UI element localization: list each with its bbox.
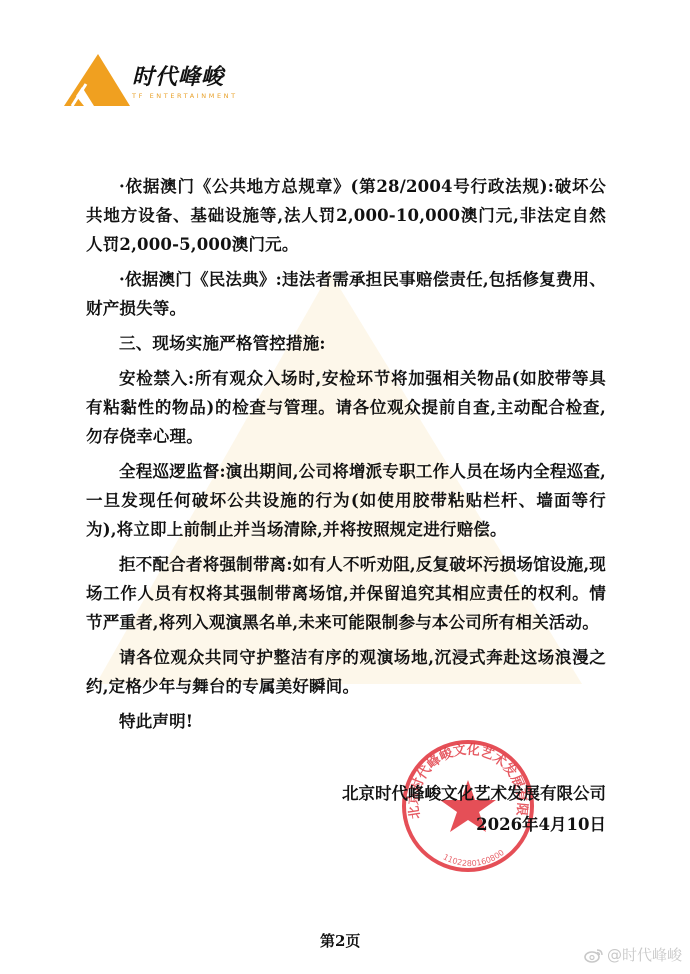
paragraph-patrol-supervision: 全程巡逻监督:演出期间,公司将增派专职工作人员在场内全程巡查,一旦发现任何破坏公…: [86, 457, 606, 544]
logo-name-en: TF ENTERTAINMENT: [132, 92, 238, 100]
weibo-icon: [584, 947, 604, 963]
logo-triangle-icon: [64, 54, 130, 106]
page-number: 第2页: [320, 930, 360, 951]
paragraph-security-check: 安检禁入:所有观众入场时,安检环节将加强相关物品(如胶带等具有粘黏性的物品)的检…: [86, 364, 606, 451]
section-heading-onsite-measures: 三、现场实施严格管控措施:: [86, 329, 606, 358]
paragraph-forced-removal: 拒不配合者将强制带离:如有人不听劝阻,反复破坏污损场馆设施,现场工作人员有权将其…: [86, 550, 606, 637]
signature-company: 北京时代峰峻文化艺术发展有限公司: [342, 778, 606, 809]
company-logo: 时代峰峻 TF ENTERTAINMENT: [64, 54, 244, 106]
signature-date: 2026年4月10日: [342, 809, 606, 840]
signature-block: 北京时代峰峻文化艺术发展有限公司 2026年4月10日: [342, 778, 606, 840]
paragraph-macau-civil-code: ·依据澳门《民法典》:违法者需承担民事赔偿责任,包括修复费用、财产损失等。: [86, 265, 606, 323]
weibo-handle: @时代峰峻: [607, 944, 682, 965]
logo-name-cn: 时代峰峻: [132, 60, 224, 91]
weibo-watermark: @时代峰峻: [584, 944, 682, 965]
paragraph-appeal: 请各位观众共同守护整洁有序的观演场地,沉浸式奔赴这场浪漫之约,定格少年与舞台的专…: [86, 643, 606, 701]
document-body: ·依据澳门《公共地方总规章》(第28/2004号行政法规):破坏公共地方设备、基…: [86, 172, 606, 742]
paragraph-macau-public-regulation: ·依据澳门《公共地方总规章》(第28/2004号行政法规):破坏公共地方设备、基…: [86, 172, 606, 259]
paragraph-declaration: 特此声明!: [86, 707, 606, 736]
